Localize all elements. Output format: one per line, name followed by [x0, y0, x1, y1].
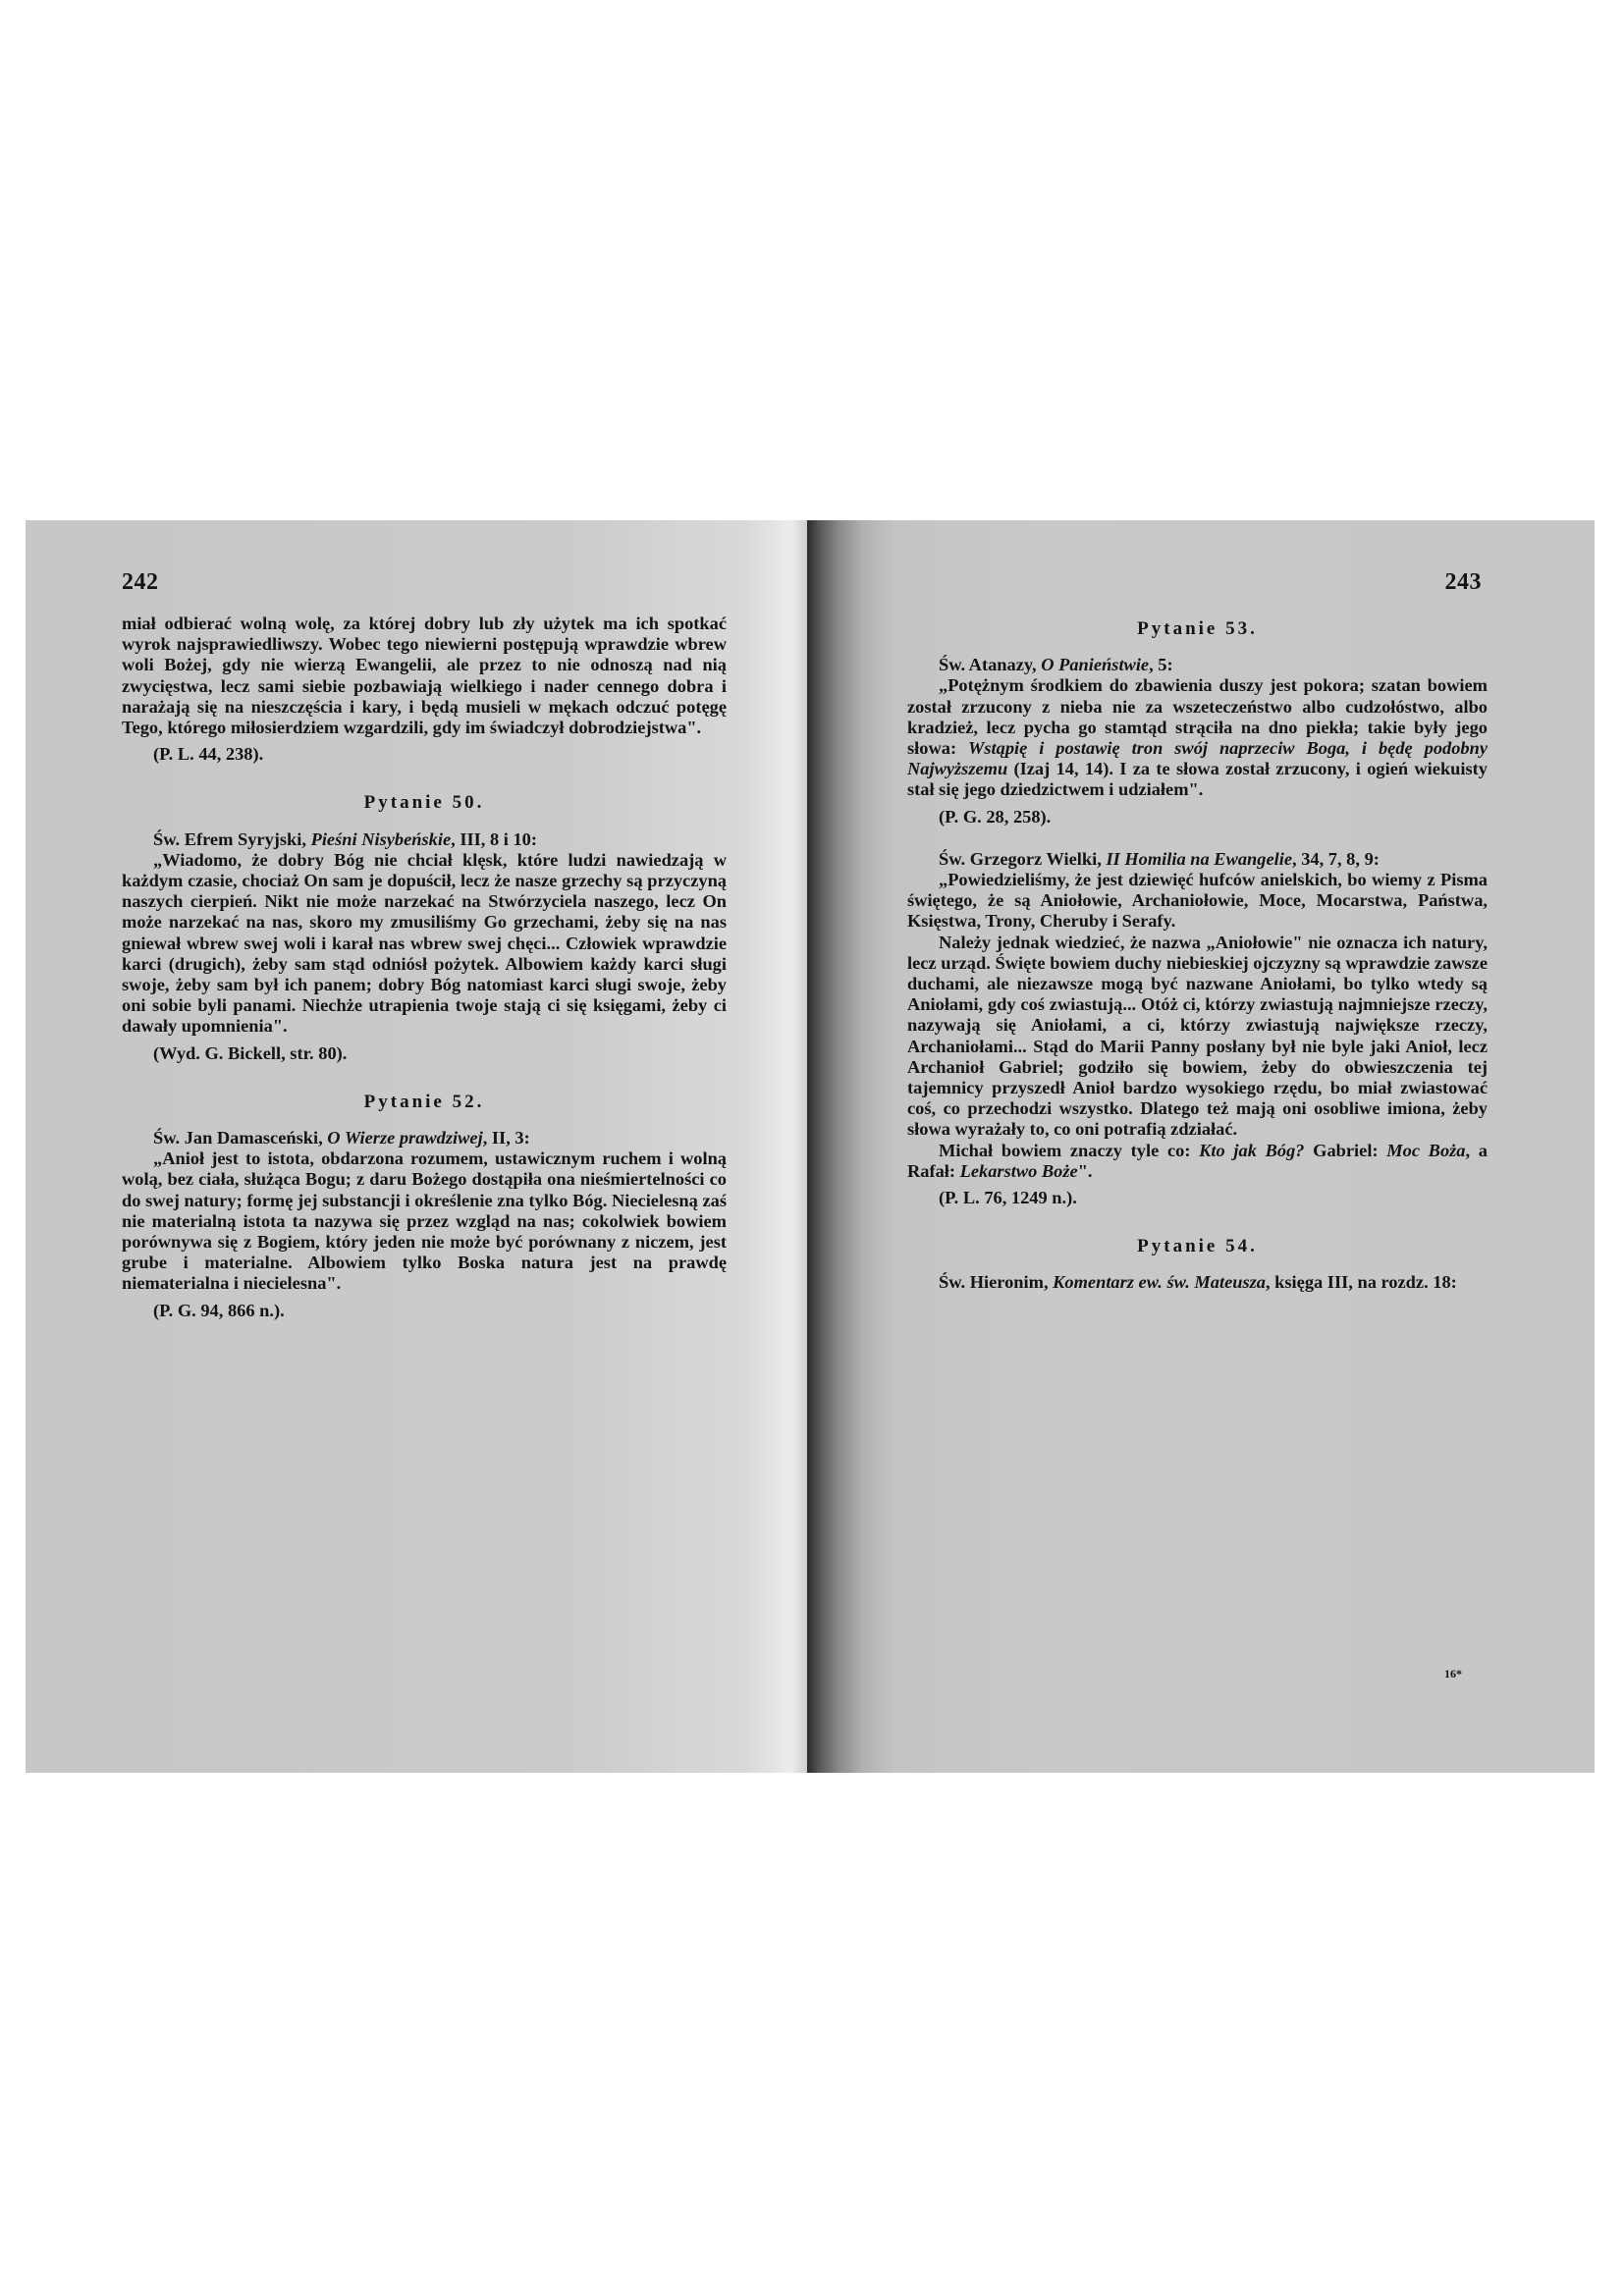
page-body: Pytanie 53.Św. Atanazy, O Panieństwie, 5…: [907, 618, 1488, 1294]
citation: (P. G. 94, 866 n.).: [122, 1301, 727, 1321]
source-reference: Św. Efrem Syryjski, Pieśni Nisybeńskie, …: [122, 829, 727, 850]
work-title: Pieśni Nisybeńskie: [311, 829, 452, 849]
italic-phrase: Kto jak Bóg?: [1199, 1141, 1304, 1160]
work-title: Komentarz ew. św. Mateusza: [1053, 1272, 1266, 1292]
quote-paragraph: „Potężnym środkiem do zbawienia duszy je…: [907, 675, 1488, 800]
source-reference: Św. Grzegorz Wielki, II Homilia na Ewang…: [907, 849, 1488, 870]
citation: (Wyd. G. Bickell, str. 80).: [122, 1043, 727, 1064]
section-heading: Pytanie 50.: [122, 792, 727, 813]
section-heading: Pytanie 53.: [907, 618, 1488, 639]
spacer: [907, 828, 1488, 845]
work-title: O Wierze prawdziwej: [327, 1128, 482, 1148]
page-number: 243: [1445, 569, 1483, 596]
quote-paragraph: miał odbierać wolną wolę, za której dobr…: [122, 614, 727, 738]
italic-phrase: Moc Boża: [1386, 1141, 1465, 1160]
signature-mark: 16*: [1444, 1667, 1462, 1682]
italic-phrase: Lekarstwo Boże: [960, 1161, 1078, 1181]
citation: (P. L. 44, 238).: [122, 744, 727, 765]
section-heading: Pytanie 54.: [907, 1236, 1488, 1256]
right-page: 243 Pytanie 53.Św. Atanazy, O Panieństwi…: [807, 520, 1595, 1773]
quote-paragraph: „Powiedzieliśmy, że jest dziewięć hufców…: [907, 870, 1488, 933]
left-page: 242 miał odbierać wolną wolę, za której …: [26, 520, 807, 1773]
page-number: 242: [122, 569, 159, 596]
quote-paragraph: „Anioł jest to istota, obdarzona rozumem…: [122, 1148, 727, 1294]
quote-paragraph: „Wiadomo, że dobry Bóg nie chciał klęsk,…: [122, 850, 727, 1038]
source-reference: Św. Atanazy, O Panieństwie, 5:: [907, 655, 1488, 675]
italic-phrase: Wstąpię i postawię tron swój naprzeciw B…: [907, 738, 1488, 778]
page-body: miał odbierać wolną wolę, za której dobr…: [122, 614, 727, 1321]
quote-paragraph: Należy jednak wiedzieć, że nazwa „Anioło…: [907, 933, 1488, 1141]
work-title: II Homilia na Ewangelie: [1106, 849, 1292, 869]
source-reference: Św. Jan Damasceński, O Wierze prawdziwej…: [122, 1128, 727, 1148]
work-title: O Panieństwie: [1041, 655, 1149, 674]
citation: (P. L. 76, 1249 n.).: [907, 1188, 1488, 1208]
book-scan: 242 miał odbierać wolną wolę, za której …: [26, 520, 1595, 1773]
section-heading: Pytanie 52.: [122, 1092, 727, 1112]
quote-paragraph: Michał bowiem znaczy tyle co: Kto jak Bó…: [907, 1141, 1488, 1182]
source-reference: Św. Hieronim, Komentarz ew. św. Mateusza…: [907, 1272, 1488, 1293]
citation: (P. G. 28, 258).: [907, 807, 1488, 828]
